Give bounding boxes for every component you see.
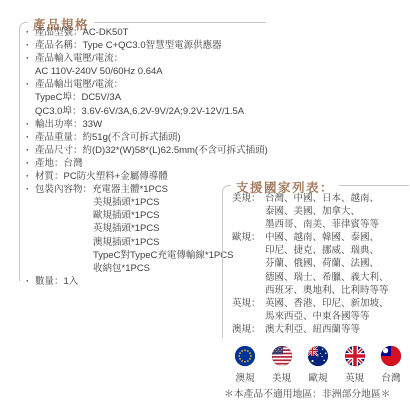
spec-item: AC 110V-240V 50/60Hz 0.64A (26, 65, 278, 78)
bullet-dot (26, 52, 35, 65)
spec-item: 產地：台灣 (26, 157, 278, 170)
region-line: 台灣、中國、日本、越南、 (265, 192, 379, 205)
footnote: ＊本產品不適用地區：非洲部分地區＊ (224, 386, 410, 400)
flag-row: 澳規 (229, 345, 407, 384)
spec-item: TypeC埠：DC5V/3A (26, 91, 278, 104)
bullet-dot (26, 118, 35, 131)
region-line: 澳大利亞、紐西蘭等等 (265, 323, 360, 336)
bullet-dot (26, 170, 35, 183)
au-flag-icon (307, 345, 329, 367)
bullet-dot (26, 144, 35, 157)
bullet-dot (26, 131, 35, 144)
region-group: 澳規： 澳大利亞、紐西蘭等等 (232, 323, 389, 336)
spec-item-text: 歐規插頭*1PCS (93, 210, 160, 221)
region-lines: 中國、越南、韓國、泰國、 印尼、捷克、挪威、瑞典、 芬蘭、俄國、荷蘭、法國、 德… (265, 231, 389, 296)
flag-item: 台灣 (375, 345, 407, 384)
region-label: 歐規： (232, 231, 265, 296)
spec-item: 產品型號：AC-DK50T (26, 26, 278, 39)
region-line: 印尼、捷克、挪威、瑞典、 (265, 244, 389, 257)
region-label: 英規： (232, 297, 265, 323)
region-lines: 台灣、中國、日本、越南、 泰國、美國、加拿大、 墨西哥、南美、菲律賓等等 (265, 192, 379, 231)
spec-item: QC3.0埠：3.6V-6V/3A,6.2V-9V/2A;9.2V-12V/1.… (26, 105, 278, 118)
spec-item-text: TypeC埠：DC5V/3A (35, 92, 121, 103)
spec-item-text: AC 110V-240V 50/60Hz 0.64A (35, 66, 163, 77)
spec-item: 產品輸出電壓/電流： (26, 78, 278, 91)
region-line: 中國、越南、韓國、泰國、 (265, 231, 389, 244)
flag-item: 英規 (339, 345, 371, 384)
flag-item: 澳規 (229, 345, 261, 384)
spec-item-text: 澳規插頭*1PCS (93, 237, 160, 248)
supported-countries-section: 支援國家列表： 美規： 台灣、中國、日本、越南、 泰國、美國、加拿大、 墨西哥、… (222, 185, 409, 338)
spec-item-text: 材質：PC防火塑料+金屬傳導體 (35, 171, 168, 182)
spec-item: 輸出功率：33W (26, 118, 278, 131)
flag-label: 英規 (345, 370, 364, 384)
region-line: 芬蘭、俄國、荷蘭、法國、 (265, 257, 389, 270)
uk-flag-icon (344, 345, 366, 367)
spec-item-text: 輸出功率：33W (35, 119, 102, 130)
spec-item: 產品名稱：Type C+QC3.0智慧型電源供應器 (26, 39, 278, 52)
flag-item: 歐規 (302, 345, 334, 384)
spec-item: 產品重量：約51g(不含可拆式插頭) (26, 131, 278, 144)
spec-item-text: 包裝內容物：充電器主體*1PCS (35, 184, 168, 195)
spec-item-text: 收納包*1PCS (93, 263, 150, 274)
eu-flag-icon (234, 345, 256, 367)
flag-label: 澳規 (235, 370, 254, 384)
region-line: 馬來西亞、中東各國等等 (265, 310, 389, 323)
support-list: 美規： 台灣、中國、日本、越南、 泰國、美國、加拿大、 墨西哥、南美、菲律賓等等… (232, 192, 389, 336)
bullet-dot (26, 183, 35, 196)
flag-label: 歐規 (308, 370, 327, 384)
spec-item-text: TypeC對TypeC充電傳輸線*1PCS (93, 250, 233, 261)
region-lines: 英國、香港、印尼、新加坡、 馬來西亞、中東各國等等 (265, 297, 389, 323)
bullet-dot (26, 78, 35, 91)
spec-item: 產品尺寸：約(D)32*(W)58*(L)62.5mm(不含可拆式插頭) (26, 144, 278, 157)
spec-item-text: 美規插頭*1PCS (93, 197, 160, 208)
product-spec-sheet: 產品規格 產品型號：AC-DK50T 產品名稱：Type C+QC3.0智慧型電… (0, 0, 410, 410)
region-group: 美規： 台灣、中國、日本、越南、 泰國、美國、加拿大、 墨西哥、南美、菲律賓等等 (232, 192, 389, 231)
bullet-dot (26, 26, 35, 39)
spec-item-text: 數量：1入 (35, 276, 78, 287)
flag-label: 美規 (272, 370, 291, 384)
flag-label: 台灣 (381, 370, 400, 384)
bullet-dot (26, 157, 35, 170)
spec-item-text: 產品重量：約51g(不含可拆式插頭) (35, 132, 181, 143)
bullet-dot (26, 39, 35, 52)
region-line: 德國、瑞士、希臘、義大利、 (265, 271, 389, 284)
spec-item-text: 產品型號：AC-DK50T (35, 27, 128, 38)
tw-flag-icon (380, 345, 402, 367)
spec-item-text: 產品輸出電壓/電流： (35, 79, 123, 90)
spec-item-text: 英規插頭*1PCS (93, 223, 160, 234)
region-group: 歐規： 中國、越南、韓國、泰國、 印尼、捷克、挪威、瑞典、 芬蘭、俄國、荷蘭、法… (232, 231, 389, 296)
region-line: 墨西哥、南美、菲律賓等等 (265, 218, 379, 231)
region-group: 英規： 英國、香港、印尼、新加坡、 馬來西亞、中東各國等等 (232, 297, 389, 323)
spec-item-text: QC3.0埠：3.6V-6V/3A,6.2V-9V/2A;9.2V-12V/1.… (35, 106, 244, 117)
spec-item-text: 產品名稱：Type C+QC3.0智慧型電源供應器 (35, 40, 222, 51)
region-lines: 澳大利亞、紐西蘭等等 (265, 323, 360, 336)
region-label: 美規： (232, 192, 265, 231)
bullet-dot (26, 275, 35, 288)
us-flag-icon (271, 345, 293, 367)
region-line: 泰國、美國、加拿大、 (265, 205, 379, 218)
spec-item-text: 產品輸入電壓/電流： (35, 53, 123, 64)
region-line: 西班牙、奧地利、比利時等等 (265, 284, 389, 297)
spec-item-text: 產品尺寸：約(D)32*(W)58*(L)62.5mm(不含可拆式插頭) (35, 145, 268, 156)
spec-item-text: 產地：台灣 (35, 158, 83, 169)
flag-item: 美規 (266, 345, 298, 384)
region-label: 澳規： (232, 323, 265, 336)
spec-item: 產品輸入電壓/電流： (26, 52, 278, 65)
region-line: 英國、香港、印尼、新加坡、 (265, 297, 389, 310)
